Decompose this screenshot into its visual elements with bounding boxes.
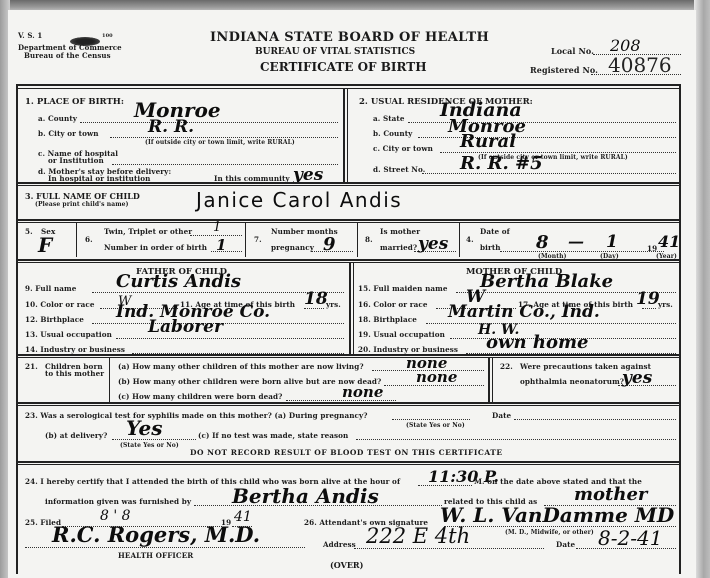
divider [16,354,680,356]
twin-label: Twin, Triplet or other [104,227,192,236]
res-county-label: b. County [373,129,412,138]
father-name-label: 9. Full name [25,284,76,293]
birth-order-label: Number in order of birth [104,243,207,252]
res-state-label: a. State [373,114,405,123]
mother-birthplace-value: Martin Co., Ind. [448,302,600,322]
certificate-title: INDIANA STATE BOARD OF HEALTH [210,30,489,45]
pob-county-line [80,122,338,123]
bureau-subtitle: BUREAU OF VITAL STATISTICS [255,47,415,57]
mother-age-value: 19 [636,289,660,309]
health-officer-signature: R.C. Rogers, M.D. [52,522,260,547]
border-right [679,84,681,574]
mother-name-value: Bertha Blake [480,271,613,292]
address-value: 222 E 4th [366,524,470,548]
divider [16,222,680,223]
attendant-caption: (M. D., Midwife, or other) [505,529,594,536]
attendant-signature: W. L. VanDamme MD [440,503,674,527]
cell-divider [76,222,77,257]
divider [16,461,680,463]
mother-birthplace-line [426,323,676,324]
divider [16,88,680,89]
father-name-value: Curtis Andis [116,271,241,292]
date-label: Date [556,540,575,549]
father-occupation-label: 13. Usual occupation [25,330,112,339]
divider [16,182,680,184]
divider [16,219,680,221]
divider [16,357,680,358]
child-name-note: (Please print child's name) [35,201,129,208]
children-q-a: (a) How many other children of this moth… [118,362,364,371]
serology-state-note: (State Yes or No) [406,422,465,429]
dob-num: 4. [466,235,474,244]
blood-test-warning: DO NOT RECORD RESULT OF BLOOD TEST ON TH… [190,448,503,457]
date-value: 8-2-41 [598,526,662,550]
married-label: married? [380,243,417,252]
registered-no-label: Registered No. [530,65,598,75]
months-value: 9 [323,234,336,255]
mother-name-label: 15. Full maiden name [358,284,448,293]
column-divider [343,88,345,182]
children-num: 21. [25,362,38,371]
informant-label: information given was furnished by [45,497,191,506]
married-label: Is mother [380,227,420,236]
cell-divider [109,357,110,402]
cell-divider [459,222,460,257]
relation-value: mother [574,484,647,505]
serology-date-label: Date [492,411,511,420]
twin-num: 6. [85,235,93,244]
dob-line [500,251,664,252]
father-age-unit: yrs. [326,300,341,309]
precautions-value: yes [622,368,652,388]
father-race-label: 10. Color or race [25,300,95,309]
dob-dash: — [568,232,584,251]
dept-line2: Bureau of the Census [24,51,111,60]
dob-label: birth [480,243,501,252]
children-q-c: (c) How many children were born dead? [118,392,282,401]
res-street-value: R. R. #5 [460,153,543,174]
informant-value: Bertha Andis [232,484,379,508]
address-label: Address [323,540,356,549]
child-name-label: 3. FULL NAME OF CHILD [25,191,140,201]
father-age-value: 18 [304,289,328,309]
mother-industry-value: own home [486,332,588,353]
over-note: (OVER) [330,560,363,570]
sex-value: F [38,233,52,257]
divider [16,84,680,86]
sex-num: 5. [25,227,33,236]
serology-question: 23. Was a serological test for syphilis … [25,411,368,420]
divider [16,402,680,404]
dob-month: 8 [536,232,549,253]
dob-century: 19 [647,244,657,253]
column-divider [353,262,354,354]
pob-county-label: a. County [38,114,77,123]
father-industry-label: 14. Industry or business [25,345,125,354]
health-officer-caption: HEALTH OFFICER [118,551,193,560]
children-label: to this mother [45,369,104,378]
scan-edge-right [694,0,710,578]
mother-birthplace-label: 18. Birthplace [358,315,417,324]
column-divider [492,357,493,402]
res-city-label: c. City or town [373,144,433,153]
twin-value: 1 [213,220,221,235]
married-value: yes [418,234,448,254]
serology-reason-label: (c) If no test was made, state reason [198,431,348,440]
mother-age-unit: yrs. [658,300,673,309]
children-c-value: none [342,383,383,401]
address-line [354,548,544,549]
birth-certificate: V. S. 1 100 Department of Commerce Burea… [8,10,696,578]
pob-hospital-label: or Institution [48,156,104,165]
divider [16,464,680,465]
dob-day: 1 [606,232,618,252]
father-occupation-line [116,338,344,339]
border-left [16,84,18,574]
res-street-label: d. Street No. [373,165,425,174]
health-officer-line [25,547,305,548]
divider [16,262,680,263]
mother-occupation-label: 19. Usual occupation [358,330,445,339]
married-num: 8. [365,235,373,244]
pob-city-line [110,137,338,138]
pob-city-note: (If outside city or town limit, write RU… [145,139,295,146]
cell-divider [357,222,358,257]
divider [16,185,680,186]
column-divider [347,88,348,182]
res-county-line [418,137,676,138]
precautions-label: ophthalmia neonatorum? [520,377,624,386]
certificate-type: CERTIFICATE OF BIRTH [260,60,427,74]
place-of-birth-heading: 1. PLACE OF BIRTH: [25,97,124,107]
children-b-value: none [416,368,457,386]
local-no-label: Local No. [551,46,594,56]
serology-date-line [514,419,676,420]
cell-divider [245,222,246,257]
precautions-num: 22. [500,362,513,371]
father-occupation-value: Laborer [148,317,223,337]
mother-industry-label: 20. Industry or business [358,345,458,354]
form-id: V. S. 1 [18,31,42,40]
mother-race-label: 16. Color or race [358,300,428,309]
months-num: 7. [254,235,262,244]
dob-year: 41 [658,232,680,251]
divider [16,259,680,261]
registered-no-value: 40876 [608,53,672,77]
column-divider [349,262,351,354]
seal-text: 100 [102,33,113,39]
column-divider [488,357,490,402]
father-birthplace-label: 12. Birthplace [25,315,84,324]
dob-label: Date of [480,227,510,236]
divider [16,405,680,406]
birth-order-value: 1 [216,236,226,254]
child-name-value: Janice Carol Andis [196,188,402,212]
serology-delivery-label: (b) at delivery? [45,431,107,440]
pob-city-label: b. City or town [38,129,99,138]
serology-reason-line [356,439,676,440]
pob-city-value: R. R. [148,117,194,137]
months-label: pregnancy [271,243,314,252]
serology-state-note: (State Yes or No) [120,442,179,449]
serology-delivery-value: Yes [126,416,163,440]
res-city-value: Rural [460,131,516,152]
serology-pregnancy-line [392,419,470,420]
